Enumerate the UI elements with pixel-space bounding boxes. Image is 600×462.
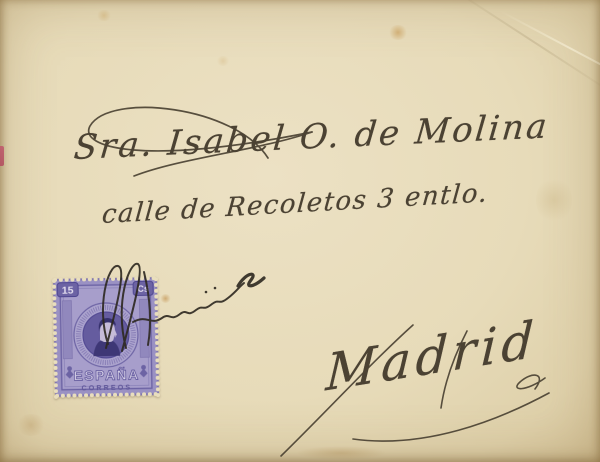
paper-crease xyxy=(439,0,600,102)
red-edge-mark xyxy=(0,146,4,166)
stamp-service-label: CORREOS xyxy=(81,385,132,393)
age-stain xyxy=(96,10,112,21)
denomination-value: 15 xyxy=(62,285,74,297)
age-stain xyxy=(16,414,46,436)
manuscript-cancel xyxy=(78,252,268,362)
envelope-front: Sra. Isabel O. de Molina calle de Recole… xyxy=(0,0,600,462)
denomination-tablet-left: 15 xyxy=(57,282,78,296)
stamp-country-label: ESPAÑA xyxy=(73,365,140,383)
paper-crease xyxy=(500,10,600,87)
address-street-line: calle de Recoletos 3 entlo. xyxy=(101,178,490,230)
age-stain xyxy=(536,176,572,224)
age-stain xyxy=(388,25,408,40)
age-stain xyxy=(216,56,230,66)
